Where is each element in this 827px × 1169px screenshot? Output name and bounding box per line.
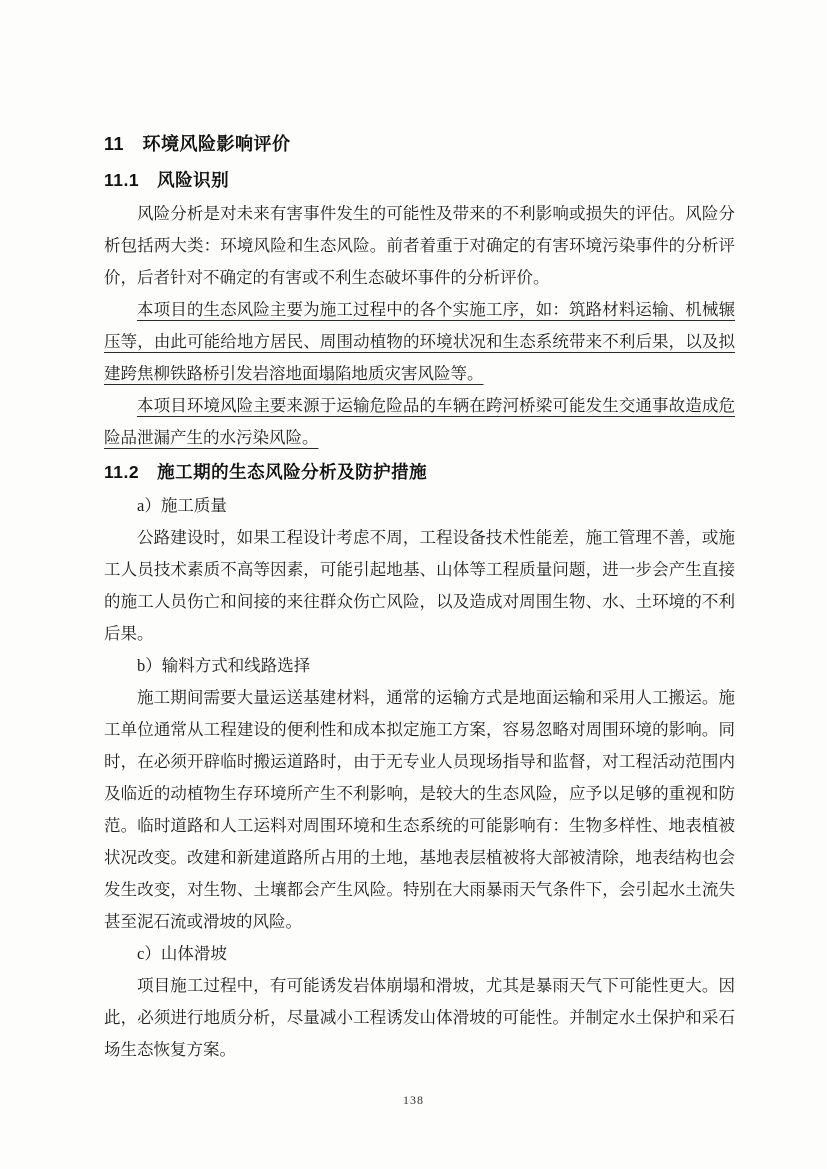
- paragraph-eco-risk-underlined: 本项目的生态风险主要为施工过程中的各个实施工序，如：筑路材料运输、机械辗压等，由…: [104, 294, 735, 390]
- section-heading-11-2: 11.2 施工期的生态风险分析及防护措施: [104, 454, 735, 490]
- paragraph-env-risk-underlined: 本项目环境风险主要来源于运输危险品的车辆在跨河桥梁可能发生交通事故造成危险品泄漏…: [104, 390, 735, 454]
- paragraph-material-transport: 施工期间需要大量运送基建材料，通常的运输方式是地面运输和采用人工搬运。施工单位通…: [104, 682, 735, 938]
- sub-heading-c-landslide: c）山体滑坡: [104, 938, 735, 970]
- section-heading-11-1: 11.1 风险识别: [104, 162, 735, 198]
- page-number: 138: [403, 1093, 424, 1107]
- document-body: 11 环境风险影响评价 11.1 风险识别 风险分析是对未来有害事件发生的可能性…: [104, 126, 735, 1066]
- paragraph-construction-quality: 公路建设时，如果工程设计考虑不周，工程设备技术性能差，施工管理不善，或施工人员技…: [104, 522, 735, 650]
- document-page: 11 环境风险影响评价 11.1 风险识别 风险分析是对未来有害事件发生的可能性…: [0, 0, 827, 1169]
- paragraph-risk-definition: 风险分析是对未来有害事件发生的可能性及带来的不利影响或损失的评估。风险分析包括两…: [104, 198, 735, 294]
- page-footer: 138: [0, 1091, 827, 1109]
- sub-heading-b-material-transport: b）输料方式和线路选择: [104, 650, 735, 682]
- sub-heading-a-construction-quality: a）施工质量: [104, 490, 735, 522]
- chapter-heading-11: 11 环境风险影响评价: [104, 126, 735, 162]
- paragraph-landslide: 项目施工过程中，有可能诱发岩体崩塌和滑坡，尤其是暴雨天气下可能性更大。因此，必须…: [104, 970, 735, 1066]
